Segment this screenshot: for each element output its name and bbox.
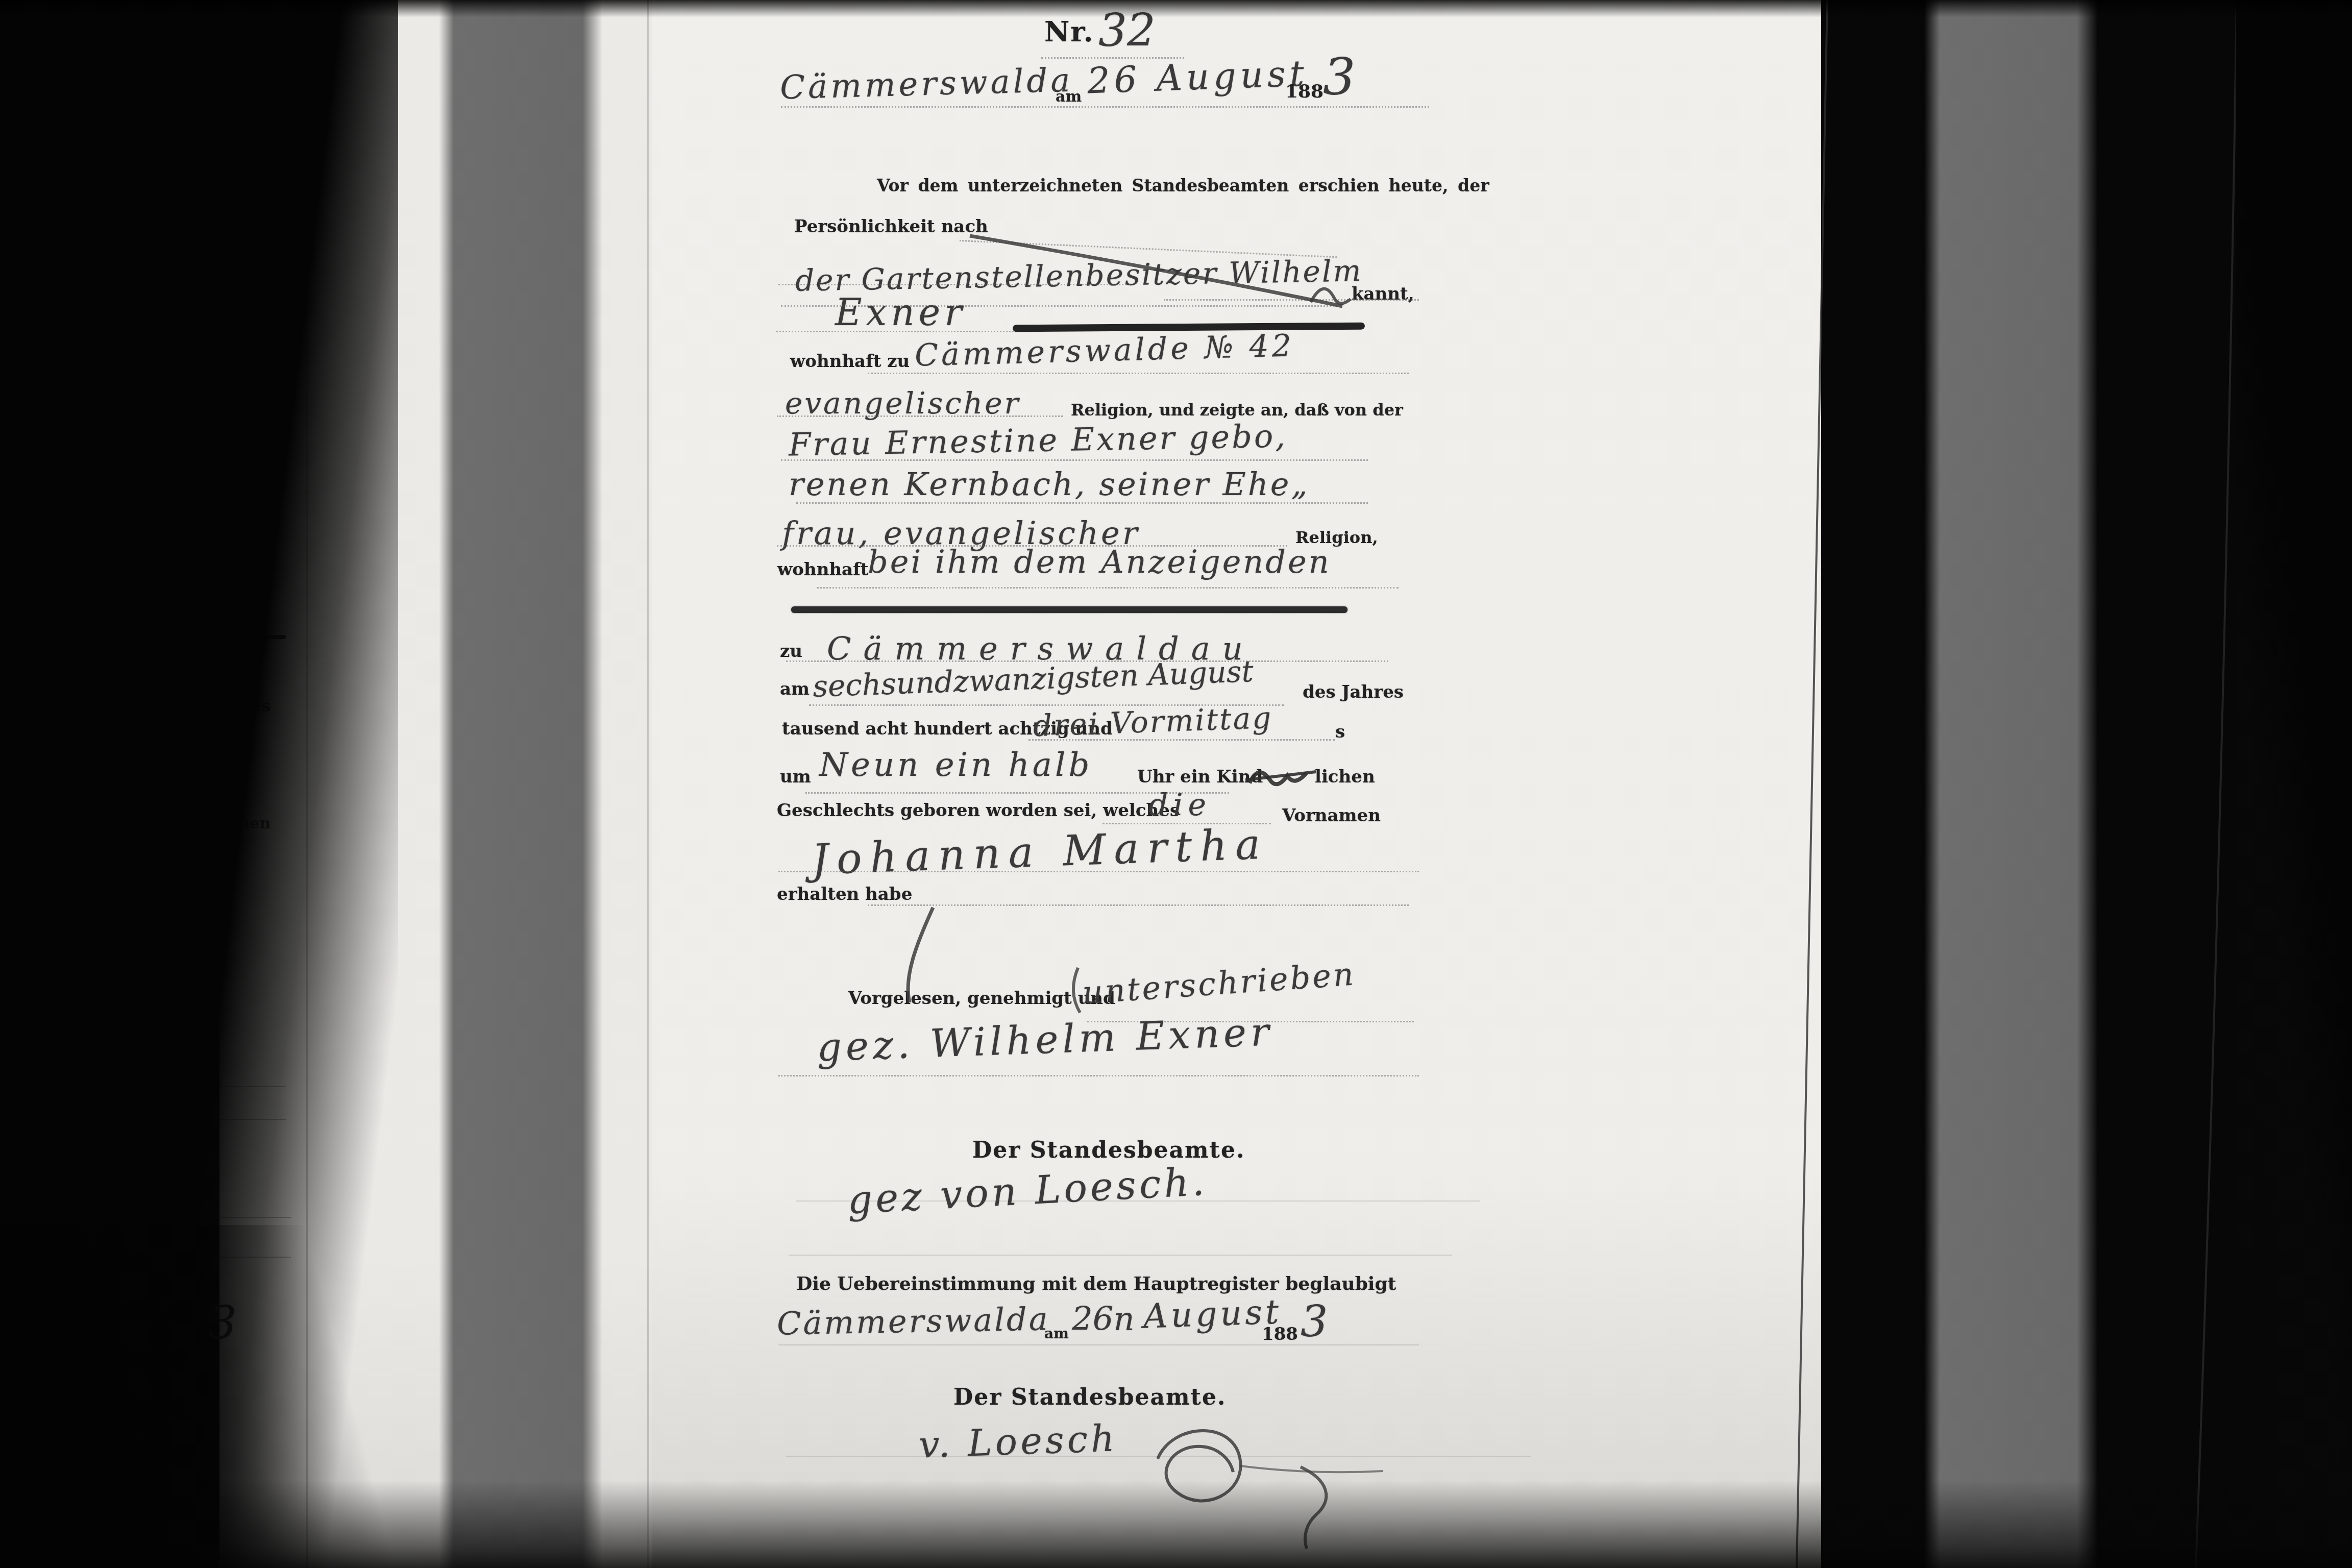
birth-article-hand: die — [1148, 787, 1211, 823]
mother-dotline-4 — [817, 587, 1399, 589]
registrar-signature-bottom: v. Loesch — [918, 1416, 1118, 1466]
birth-am: am — [780, 679, 810, 699]
bottom-left-shadow — [0, 1225, 459, 1568]
signature-hairline-1 — [796, 1200, 1480, 1202]
certification-place: Cämmerswalda — [776, 1300, 1050, 1342]
declarant-dotline-3 — [776, 331, 1021, 332]
birth-vornamen: Vornamen — [1282, 805, 1381, 826]
closing-printed: Vorgelesen, genehmigt und — [848, 988, 1115, 1009]
dateline-year-printed: 188 — [1285, 81, 1324, 102]
dateline-place: Cämmerswalda — [779, 61, 1073, 107]
child-name-dotline — [778, 871, 1419, 872]
declarant-dotline-2 — [1164, 299, 1419, 301]
certification-year-printed: 188 — [1262, 1324, 1298, 1344]
dateline-year-digit: 3 — [1323, 47, 1356, 107]
birth-year-s: s — [1335, 722, 1345, 742]
signature-dotline — [778, 1075, 1419, 1076]
religion-dotline — [777, 415, 1063, 417]
birth-time-hand: Neun ein halb — [819, 746, 1092, 784]
mother-line2: renen Kernbach, seiner Ehe„ — [789, 465, 1310, 503]
certification-line: Die Uebereinstimmung mit dem Hauptregist… — [796, 1273, 1396, 1294]
birth-geschlecht-line: Geschlechts geboren worden sei, welches — [777, 800, 1180, 821]
registrar-title-bottom: Der Standesbeamte. — [953, 1384, 1226, 1410]
birth-year-dotline — [1028, 739, 1335, 741]
record-number-label: Nr. — [1044, 15, 1094, 48]
residence-label: wohnhaft zu — [790, 351, 910, 372]
certification-am: am — [1044, 1325, 1069, 1342]
declarant-line2: Exner — [835, 291, 966, 334]
dateline-am: am — [1056, 88, 1082, 106]
residence-dotline — [868, 373, 1409, 374]
birth-um: um — [780, 767, 811, 787]
certification-year-digit: 3 — [1301, 1296, 1328, 1346]
mother-line4-hand: bei ihm dem Anzeigenden — [868, 543, 1331, 580]
religion-printed: Religion, und zeigte an, daß von der — [1071, 400, 1403, 420]
film-edge-top — [0, 0, 2352, 17]
mother-dotline-2 — [796, 502, 1368, 504]
dateline-dotline — [781, 106, 1429, 108]
right-gutter-stripe — [1924, 0, 2098, 1568]
scanned-register-photo: t 188 3 n heute, der kannt, onnen gen da… — [0, 0, 2352, 1568]
intro-line2: Persönlichkeit nach — [794, 216, 988, 237]
page-crease-line — [647, 0, 649, 1568]
birth-des-jahres: des Jahres — [1303, 682, 1404, 702]
certification-day: 26n — [1072, 1301, 1135, 1338]
certification-baseline — [778, 1344, 1419, 1345]
right-page-fold-line — [2196, 0, 2237, 1568]
erhalten-habe: erhalten habe — [777, 884, 912, 904]
mother-dotline-1 — [781, 459, 1368, 461]
section-rule — [791, 606, 1347, 613]
birth-sex-suffix: lichen — [1315, 767, 1375, 787]
declarant-dotline-1 — [778, 284, 1131, 285]
erhalten-dotline — [868, 904, 1409, 906]
signature-hairline-2 — [789, 1255, 1452, 1256]
birth-zu: zu — [780, 641, 802, 661]
film-edge-right — [2236, 0, 2352, 1568]
bottom-signature-hairline — [786, 1456, 1531, 1457]
dateline-day-month: 26 August — [1087, 52, 1309, 102]
mother-line4-printed: wohnhaft — [777, 559, 868, 580]
left-gutter-stripe — [439, 0, 602, 1568]
birth-uhr-kind: Uhr ein Kind — [1137, 767, 1263, 787]
intro-line1: Vor dem unterzeichneten Standesbeamten e… — [877, 176, 1489, 195]
